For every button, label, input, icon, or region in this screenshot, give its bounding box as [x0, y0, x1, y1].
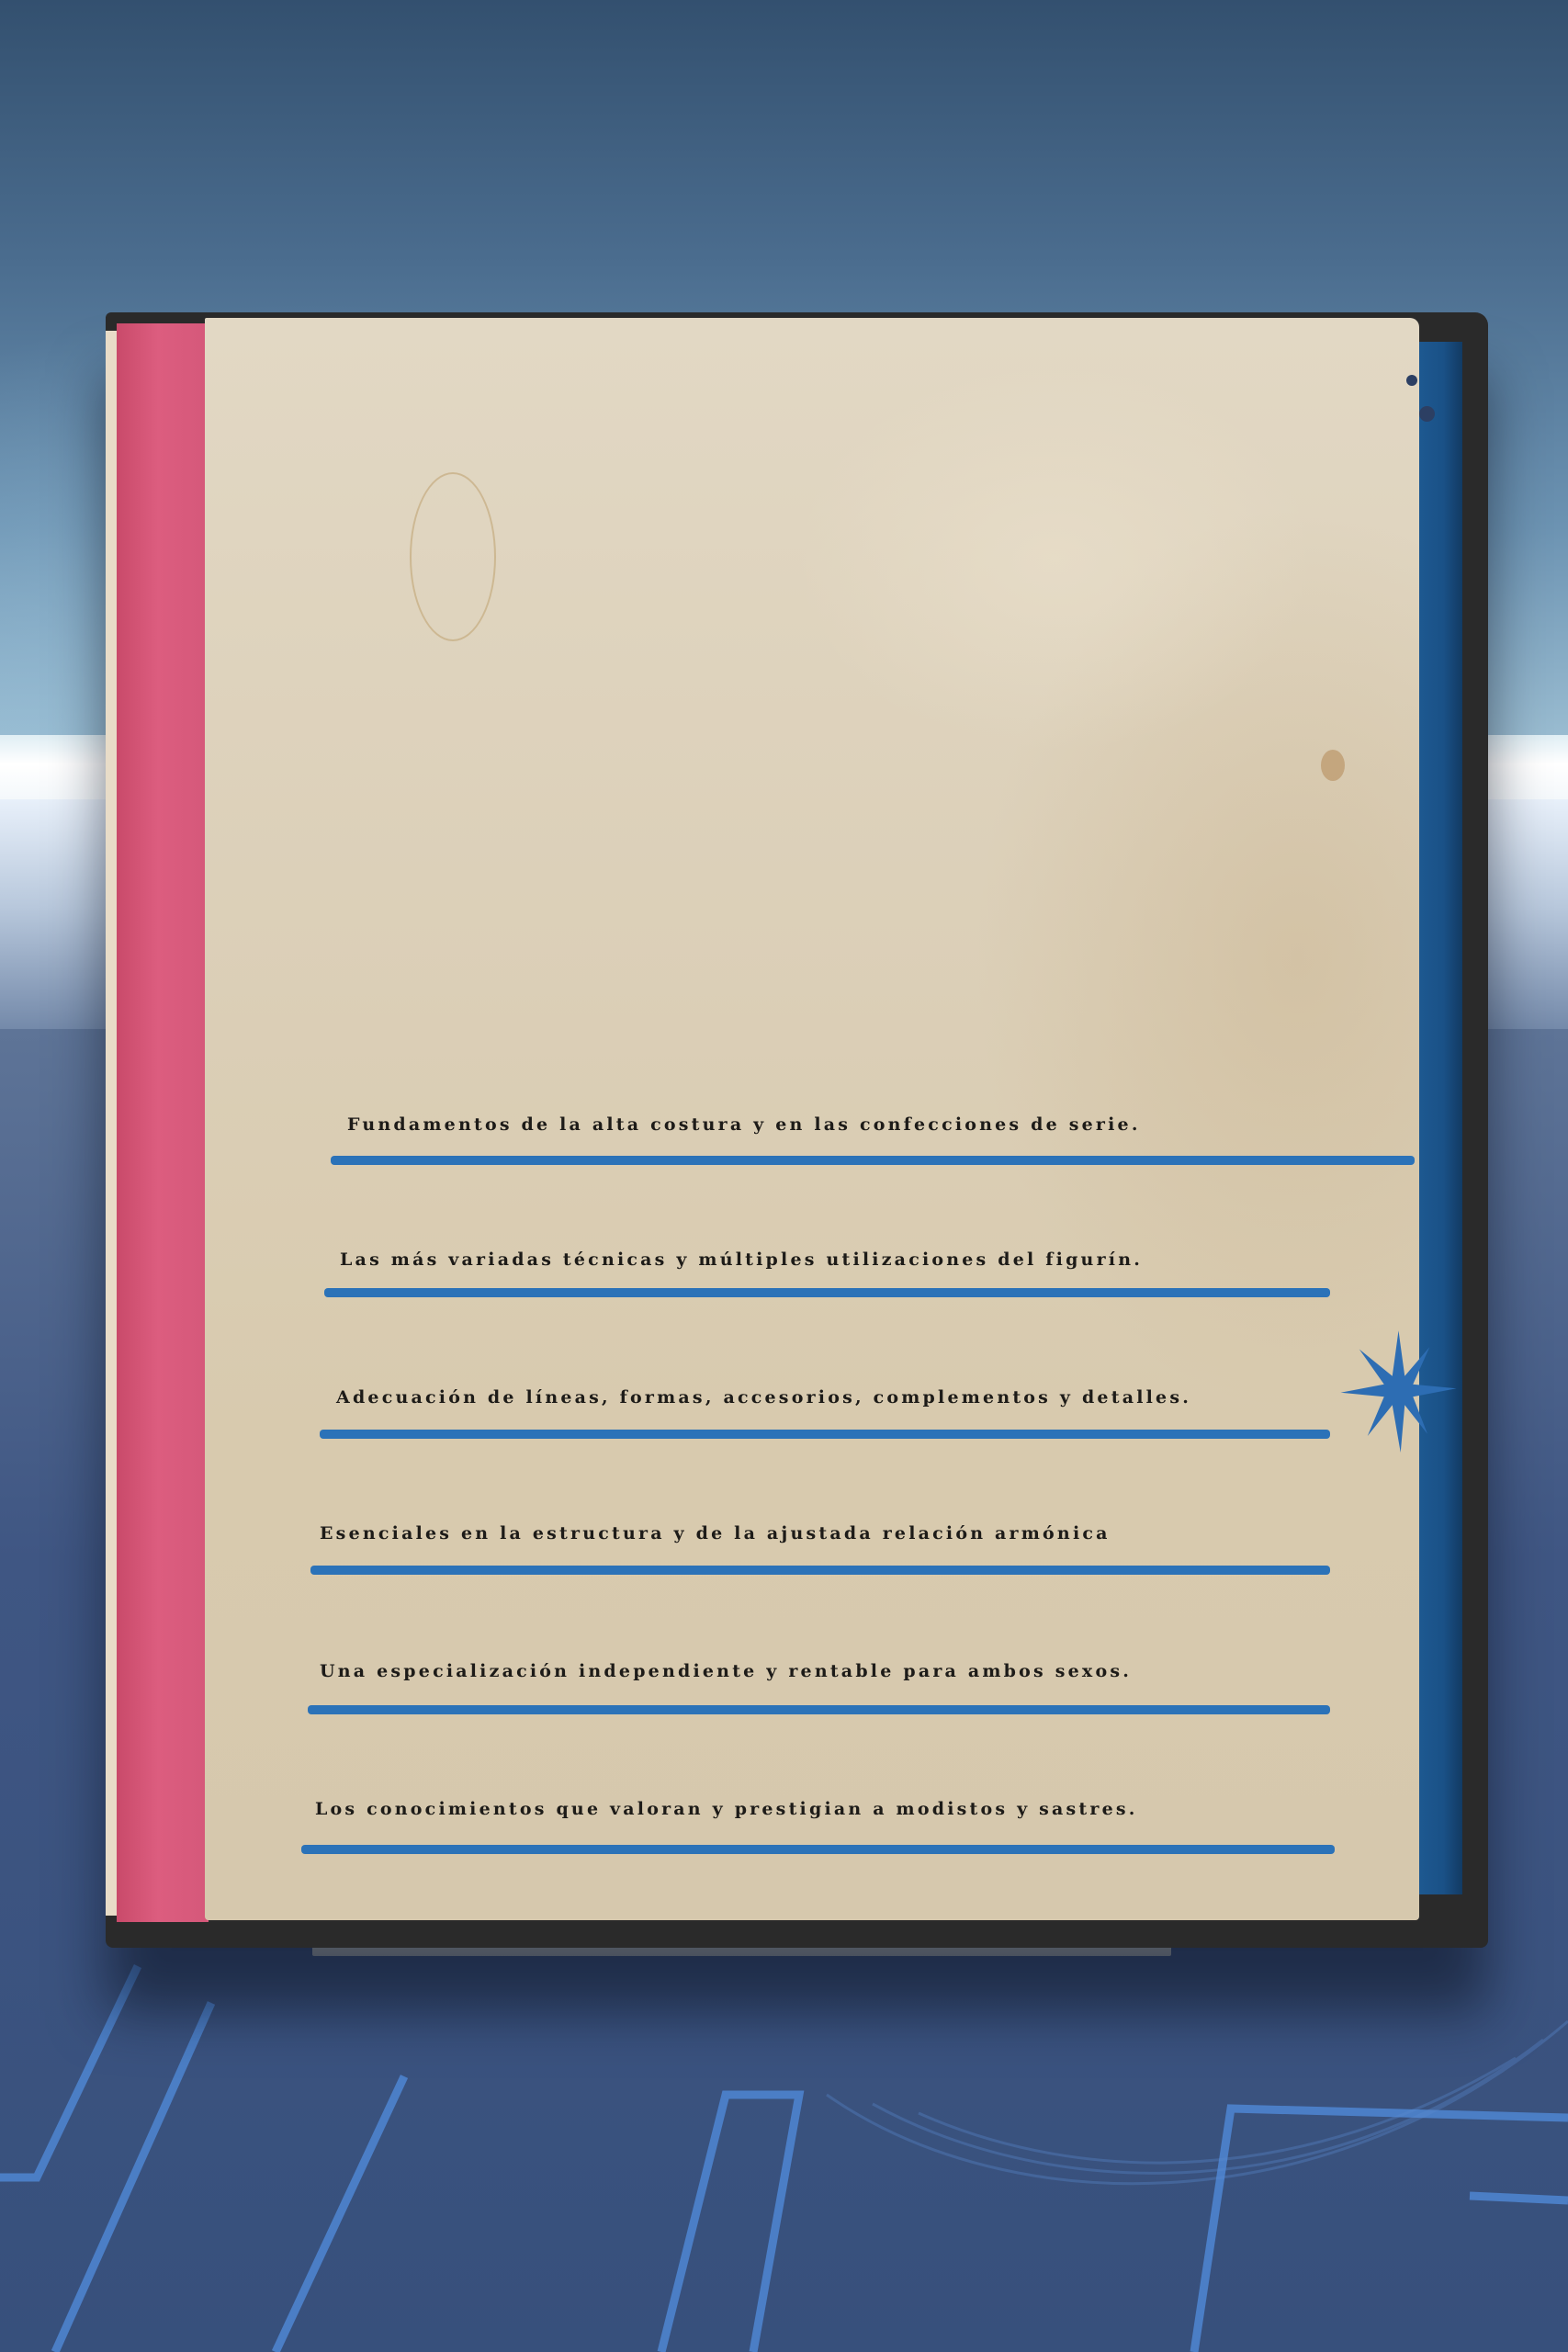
blue-rule [331, 1156, 1415, 1165]
blue-spine-band [1415, 342, 1462, 1894]
feature-lines: Fundamentos de la alta costura y en las … [205, 318, 1419, 1920]
blue-rule [324, 1288, 1330, 1297]
back-cover: Fundamentos de la alta costura y en las … [205, 318, 1419, 1920]
pink-spine-band [117, 323, 209, 1922]
feature-line-text: Los conocimientos que valoran y prestigi… [315, 1799, 1138, 1819]
feature-line-text: Fundamentos de la alta costura y en las … [347, 1114, 1141, 1135]
blue-rule [301, 1845, 1335, 1854]
book: Fundamentos de la alta costura y en las … [106, 312, 1488, 1948]
feature-line-text: Una especialización independiente y rent… [320, 1661, 1132, 1681]
feature-line-text: Esenciales en la estructura y de la ajus… [320, 1523, 1111, 1543]
blue-rule [320, 1430, 1330, 1439]
blue-rule [310, 1566, 1330, 1575]
blue-rule [308, 1705, 1330, 1714]
feature-line-text: Adecuación de líneas, formas, accesorios… [336, 1387, 1191, 1408]
wear-hole [1419, 406, 1435, 422]
feature-line-text: Las más variadas técnicas y múltiples ut… [340, 1249, 1143, 1270]
